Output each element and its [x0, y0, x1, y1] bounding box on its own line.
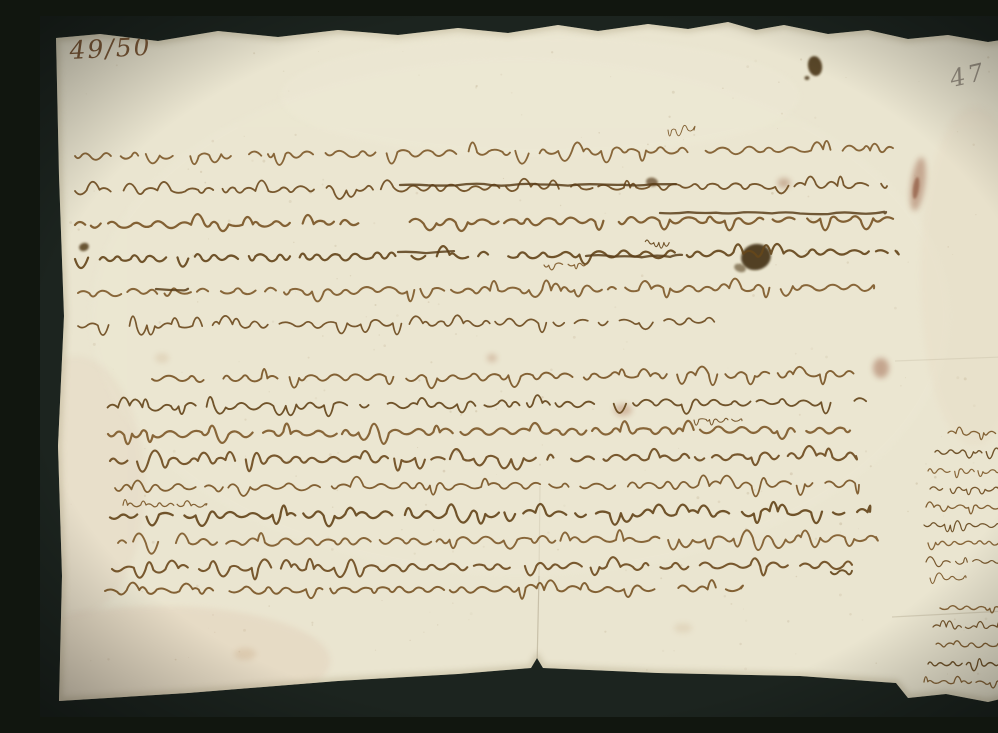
manuscript-scan-canvas: 49/50 47 — [40, 16, 998, 717]
photo-vignette — [40, 16, 998, 717]
manuscript-scan: 49/50 47 — [40, 16, 998, 717]
